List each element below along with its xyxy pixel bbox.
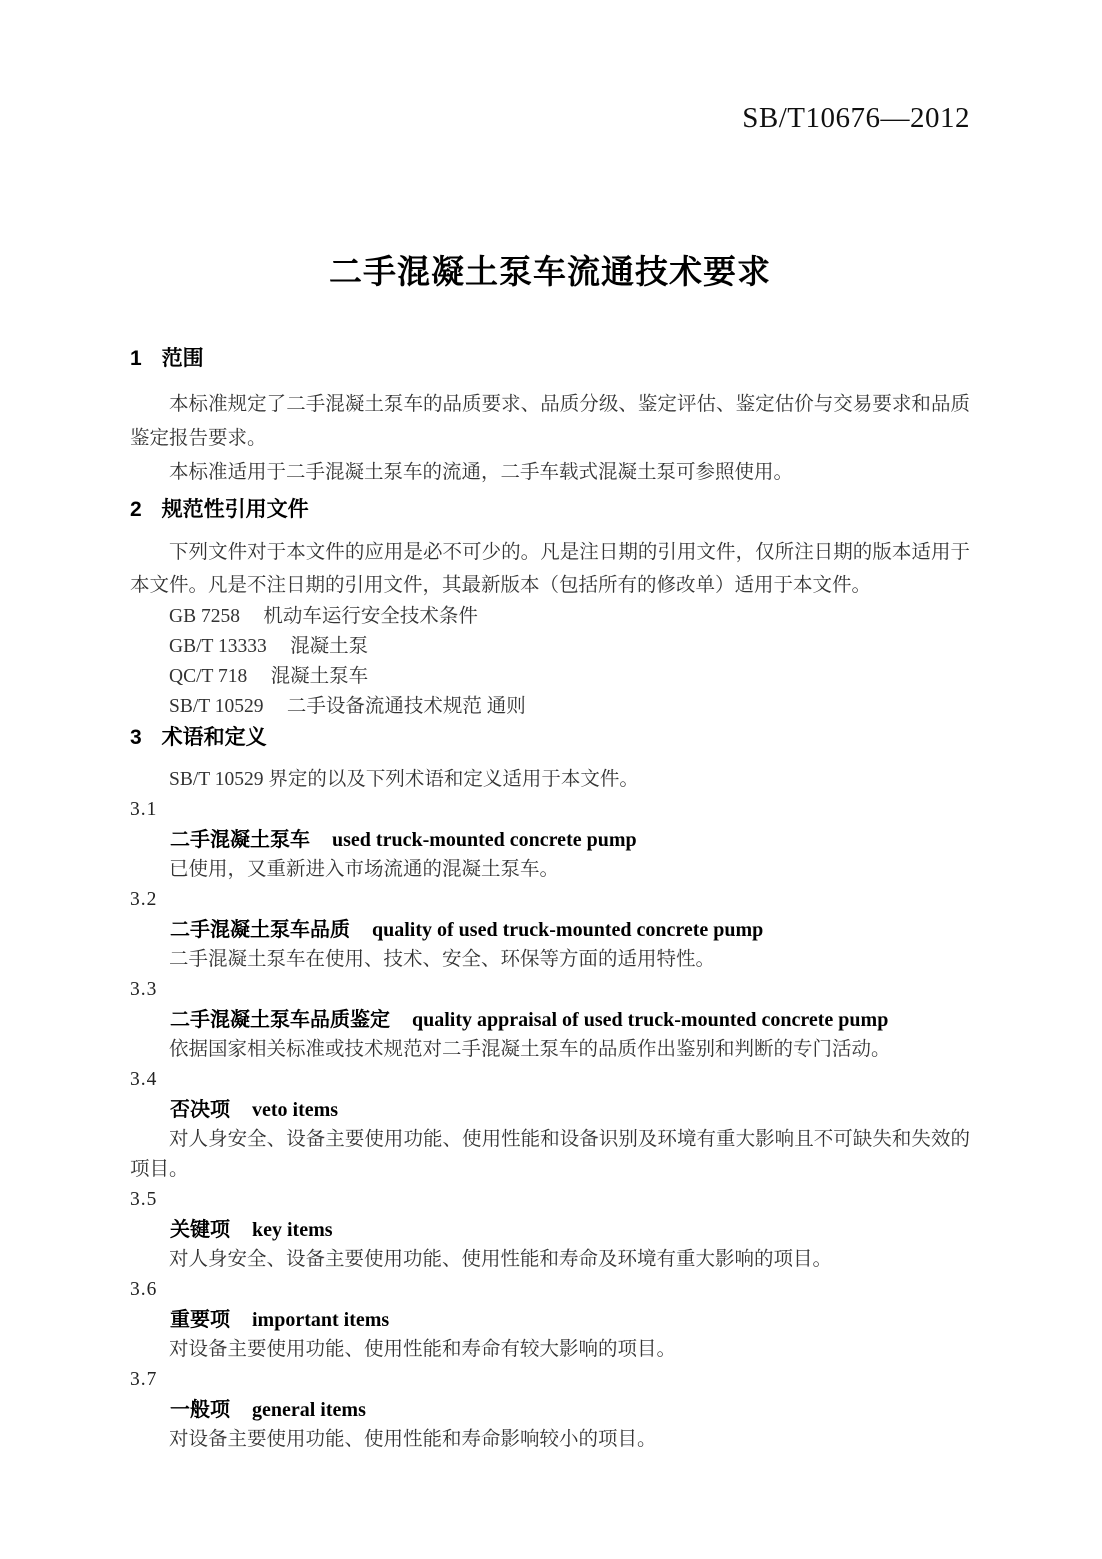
section-2-title: 规范性引用文件 bbox=[162, 498, 309, 521]
term-zh: 二手混凝土泵车品质 bbox=[170, 919, 350, 941]
term-line: 重要项important items bbox=[130, 1305, 970, 1335]
section-2-intro: 下列文件对于本文件的应用是必不可少的。凡是注日期的引用文件，仅所注日期的版本适用… bbox=[130, 536, 970, 602]
term-block-3-1: 3.1 二手混凝土泵车used truck-mounted concrete p… bbox=[130, 795, 970, 885]
reference-title: 机动车运行安全技术条件 bbox=[263, 606, 478, 627]
doc-number: SB/T10676—2012 bbox=[130, 0, 970, 133]
term-block-3-4: 3.4 否决项veto items 对人身安全、设备主要使用功能、使用性能和设备… bbox=[130, 1065, 970, 1185]
term-zh: 否决项 bbox=[170, 1099, 230, 1121]
term-number: 3.1 bbox=[130, 795, 970, 825]
section-3-intro: SB/T 10529 界定的以及下列术语和定义适用于本文件。 bbox=[130, 764, 970, 795]
section-3-title: 术语和定义 bbox=[162, 726, 267, 749]
term-number: 3.6 bbox=[130, 1275, 970, 1305]
normative-references-list: GB 7258机动车运行安全技术条件 GB/T 13333混凝土泵 QC/T 7… bbox=[130, 602, 970, 722]
term-number: 3.4 bbox=[130, 1065, 970, 1095]
document-page: SB/T10676—2012 二手混凝土泵车流通技术要求 1范围 本标准规定了二… bbox=[0, 0, 1102, 1559]
reference-item: SB/T 10529二手设备流通技术规范 通则 bbox=[130, 692, 970, 722]
term-definition: 依据国家相关标准或技术规范对二手混凝土泵车的品质作出鉴别和判断的专门活动。 bbox=[130, 1035, 970, 1065]
term-number: 3.2 bbox=[130, 885, 970, 915]
term-block-3-3: 3.3 二手混凝土泵车品质鉴定quality appraisal of used… bbox=[130, 975, 970, 1065]
reference-code: SB/T 10529 bbox=[169, 696, 263, 717]
section-3-number: 3 bbox=[130, 726, 142, 749]
term-block-3-7: 3.7 一般项general items 对设备主要使用功能、使用性能和寿命影响… bbox=[130, 1365, 970, 1455]
term-number: 3.3 bbox=[130, 975, 970, 1005]
term-zh: 重要项 bbox=[170, 1309, 230, 1331]
term-definition: 对设备主要使用功能、使用性能和寿命影响较小的项目。 bbox=[130, 1425, 970, 1455]
term-zh: 一般项 bbox=[170, 1399, 230, 1421]
term-definition: 对设备主要使用功能、使用性能和寿命有较大影响的项目。 bbox=[130, 1335, 970, 1365]
section-1-title: 范围 bbox=[162, 347, 204, 370]
term-en: general items bbox=[252, 1399, 366, 1421]
reference-item: GB/T 13333混凝土泵 bbox=[130, 632, 970, 662]
reference-title: 混凝土泵 bbox=[290, 636, 368, 657]
section-1-paragraph-1: 本标准规定了二手混凝土泵车的品质要求、品质分级、鉴定评估、鉴定估价与交易要求和品… bbox=[130, 388, 970, 456]
term-line: 二手混凝土泵车品质鉴定quality appraisal of used tru… bbox=[130, 1005, 970, 1035]
section-1-heading: 1范围 bbox=[130, 347, 970, 371]
term-zh: 关键项 bbox=[170, 1219, 230, 1241]
term-definition: 对人身安全、设备主要使用功能、使用性能和设备识别及环境有重大影响且不可缺失和失效… bbox=[130, 1125, 970, 1185]
term-en: quality appraisal of used truck-mounted … bbox=[412, 1009, 888, 1031]
term-definition: 二手混凝土泵车在使用、技术、安全、环保等方面的适用特性。 bbox=[130, 945, 970, 975]
section-2-number: 2 bbox=[130, 498, 142, 521]
term-block-3-5: 3.5 关键项key items 对人身安全、设备主要使用功能、使用性能和寿命及… bbox=[130, 1185, 970, 1275]
section-3-heading: 3术语和定义 bbox=[130, 726, 970, 750]
term-en: quality of used truck-mounted concrete p… bbox=[372, 919, 763, 941]
reference-item: GB 7258机动车运行安全技术条件 bbox=[130, 602, 970, 632]
section-1-number: 1 bbox=[130, 347, 142, 370]
term-number: 3.5 bbox=[130, 1185, 970, 1215]
term-line: 关键项key items bbox=[130, 1215, 970, 1245]
term-zh: 二手混凝土泵车品质鉴定 bbox=[170, 1009, 390, 1031]
term-definition: 已使用，又重新进入市场流通的混凝土泵车。 bbox=[130, 855, 970, 885]
term-block-3-6: 3.6 重要项important items 对设备主要使用功能、使用性能和寿命… bbox=[130, 1275, 970, 1365]
term-number: 3.7 bbox=[130, 1365, 970, 1395]
term-line: 二手混凝土泵车used truck-mounted concrete pump bbox=[130, 825, 970, 855]
term-en: key items bbox=[252, 1219, 333, 1241]
reference-code: QC/T 718 bbox=[169, 666, 247, 687]
reference-code: GB 7258 bbox=[169, 606, 240, 627]
term-definition: 对人身安全、设备主要使用功能、使用性能和寿命及环境有重大影响的项目。 bbox=[130, 1245, 970, 1275]
term-line: 二手混凝土泵车品质quality of used truck-mounted c… bbox=[130, 915, 970, 945]
document-title: 二手混凝土泵车流通技术要求 bbox=[130, 252, 970, 292]
term-en: used truck-mounted concrete pump bbox=[332, 829, 637, 851]
term-block-3-2: 3.2 二手混凝土泵车品质quality of used truck-mount… bbox=[130, 885, 970, 975]
term-en: veto items bbox=[252, 1099, 338, 1121]
document-content: SB/T10676—2012 二手混凝土泵车流通技术要求 1范围 本标准规定了二… bbox=[0, 0, 1102, 1455]
reference-title: 二手设备流通技术规范 通则 bbox=[287, 696, 526, 717]
terms-and-definitions: 3.1 二手混凝土泵车used truck-mounted concrete p… bbox=[130, 795, 970, 1455]
reference-code: GB/T 13333 bbox=[169, 636, 267, 657]
term-en: important items bbox=[252, 1309, 389, 1331]
reference-title: 混凝土泵车 bbox=[271, 666, 369, 687]
term-line: 一般项general items bbox=[130, 1395, 970, 1425]
section-2-heading: 2规范性引用文件 bbox=[130, 498, 970, 522]
term-zh: 二手混凝土泵车 bbox=[170, 829, 310, 851]
section-1-paragraph-2: 本标准适用于二手混凝土泵车的流通，二手车载式混凝土泵可参照使用。 bbox=[130, 456, 970, 490]
term-line: 否决项veto items bbox=[130, 1095, 970, 1125]
reference-item: QC/T 718混凝土泵车 bbox=[130, 662, 970, 692]
